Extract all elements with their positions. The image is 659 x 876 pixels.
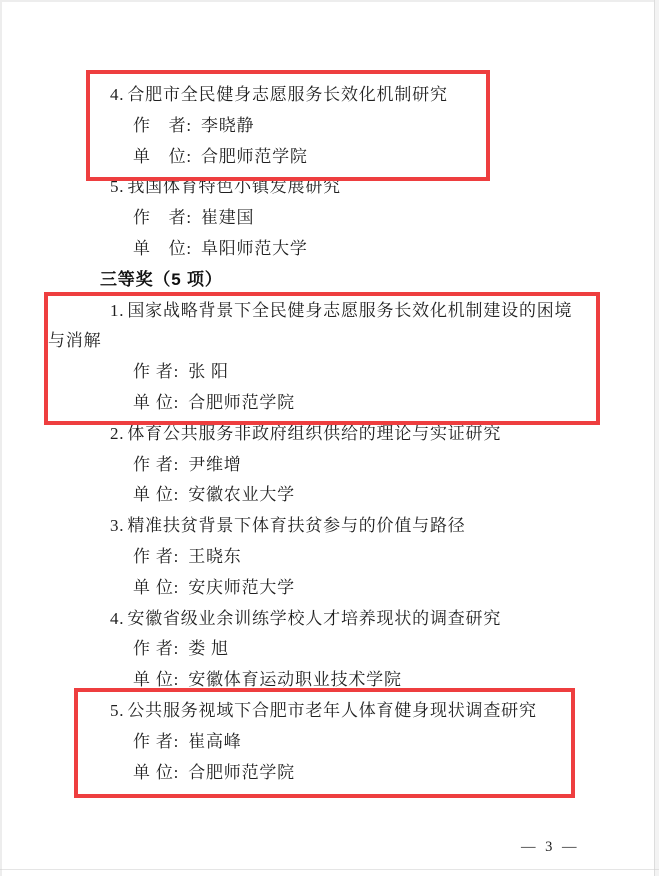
author-label: 作 者: <box>133 639 179 658</box>
item-unit-line: 单 位:安庆师范大学 <box>48 573 611 604</box>
unit-label: 单 位: <box>133 485 179 504</box>
item-unit-line: 单 位:安徽农业大学 <box>48 480 611 511</box>
item-unit-line: 单 位:合肥师范学院 <box>48 142 611 173</box>
award-item: 2.体育公共服务非政府组织供给的理论与实证研究 作 者:尹维增 单 位:安徽农业… <box>48 419 611 511</box>
unit-name: 安庆师范大学 <box>188 578 295 597</box>
item-title: 5.我国体育特色小镇发展研究 <box>48 172 611 203</box>
author-label: 作 者: <box>133 732 179 751</box>
section-heading: 三等奖（5 项） <box>48 265 611 296</box>
page-edge-left <box>0 0 2 876</box>
unit-name: 合肥师范学院 <box>188 763 295 782</box>
item-number: 2. <box>110 424 124 443</box>
item-title-text: 安徽省级业余训练学校人才培养现状的调查研究 <box>127 609 501 628</box>
item-unit-line: 单 位:合肥师范学院 <box>48 758 611 789</box>
author-name: 娄 旭 <box>188 639 229 658</box>
author-label: 作 者: <box>133 362 179 381</box>
author-name: 李晓静 <box>201 116 254 135</box>
item-title: 2.体育公共服务非政府组织供给的理论与实证研究 <box>48 419 611 450</box>
author-label: 作 者: <box>133 116 192 135</box>
item-number: 1. <box>110 301 124 320</box>
unit-name: 安徽体育运动职业技术学院 <box>188 670 402 689</box>
item-author-line: 作 者:王晓东 <box>48 542 611 573</box>
item-unit-line: 单 位:阜阳师范大学 <box>48 234 611 265</box>
item-title-text-line2: 与消解 <box>48 326 611 357</box>
author-name: 崔建国 <box>201 208 254 227</box>
author-label: 作 者: <box>133 208 192 227</box>
page-number: — 3 — <box>521 839 580 856</box>
unit-label: 单 位: <box>133 763 179 782</box>
item-author-line: 作 者:崔高峰 <box>48 727 611 758</box>
item-title: 4.合肥市全民健身志愿服务长效化机制研究 <box>48 80 611 111</box>
author-name: 王晓东 <box>188 547 241 566</box>
award-item: 5.公共服务视域下合肥市老年人体育健身现状调查研究 作 者:崔高峰 单 位:合肥… <box>48 696 611 788</box>
page-edge-right <box>654 0 659 876</box>
item-title-text: 我国体育特色小镇发展研究 <box>127 177 341 196</box>
author-name: 崔高峰 <box>188 732 241 751</box>
item-title-text: 精准扶贫背景下体育扶贫参与的价值与路径 <box>127 516 465 535</box>
unit-name: 合肥师范学院 <box>201 147 308 166</box>
award-item: 4.安徽省级业余训练学校人才培养现状的调查研究 作 者:娄 旭 单 位:安徽体育… <box>48 604 611 696</box>
item-author-line: 作 者:张 阳 <box>48 357 611 388</box>
document-page: 4.合肥市全民健身志愿服务长效化机制研究 作 者:李晓静 单 位:合肥师范学院 … <box>0 0 659 876</box>
award-item: 4.合肥市全民健身志愿服务长效化机制研究 作 者:李晓静 单 位:合肥师范学院 <box>48 80 611 172</box>
page-edge-bottom <box>0 869 659 870</box>
item-number: 5. <box>110 177 124 196</box>
author-name: 尹维增 <box>188 455 241 474</box>
item-author-line: 作 者:李晓静 <box>48 111 611 142</box>
document-content: 4.合肥市全民健身志愿服务长效化机制研究 作 者:李晓静 单 位:合肥师范学院 … <box>48 80 611 788</box>
item-number: 3. <box>110 516 124 535</box>
item-unit-line: 单 位:合肥师范学院 <box>48 388 611 419</box>
item-number: 4. <box>110 85 124 104</box>
item-author-line: 作 者:尹维增 <box>48 450 611 481</box>
item-title-text: 国家战略背景下全民健身志愿服务长效化机制建设的困境 <box>127 301 572 320</box>
item-unit-line: 单 位:安徽体育运动职业技术学院 <box>48 665 611 696</box>
item-title: 1.国家战略背景下全民健身志愿服务长效化机制建设的困境与消解 <box>48 296 611 358</box>
unit-label: 单 位: <box>133 239 192 258</box>
unit-name: 合肥师范学院 <box>188 393 295 412</box>
award-item: 5.我国体育特色小镇发展研究 作 者:崔建国 单 位:阜阳师范大学 <box>48 172 611 264</box>
item-title-text: 体育公共服务非政府组织供给的理论与实证研究 <box>127 424 501 443</box>
item-number: 4. <box>110 609 124 628</box>
item-title: 4.安徽省级业余训练学校人才培养现状的调查研究 <box>48 604 611 635</box>
award-item: 3.精准扶贫背景下体育扶贫参与的价值与路径 作 者:王晓东 单 位:安庆师范大学 <box>48 511 611 603</box>
unit-label: 单 位: <box>133 670 179 689</box>
item-title-text: 公共服务视域下合肥市老年人体育健身现状调查研究 <box>127 701 536 720</box>
unit-label: 单 位: <box>133 578 179 597</box>
unit-label: 单 位: <box>133 393 179 412</box>
author-name: 张 阳 <box>188 362 229 381</box>
item-author-line: 作 者:娄 旭 <box>48 634 611 665</box>
unit-label: 单 位: <box>133 147 192 166</box>
item-author-line: 作 者:崔建国 <box>48 203 611 234</box>
unit-name: 阜阳师范大学 <box>201 239 308 258</box>
page-edge-top <box>0 0 659 2</box>
award-item: 1.国家战略背景下全民健身志愿服务长效化机制建设的困境与消解 作 者:张 阳 单… <box>48 296 611 419</box>
author-label: 作 者: <box>133 455 179 474</box>
unit-name: 安徽农业大学 <box>188 485 295 504</box>
item-title: 3.精准扶贫背景下体育扶贫参与的价值与路径 <box>48 511 611 542</box>
item-title-text: 合肥市全民健身志愿服务长效化机制研究 <box>127 85 447 104</box>
item-title: 5.公共服务视域下合肥市老年人体育健身现状调查研究 <box>48 696 611 727</box>
item-number: 5. <box>110 701 124 720</box>
author-label: 作 者: <box>133 547 179 566</box>
